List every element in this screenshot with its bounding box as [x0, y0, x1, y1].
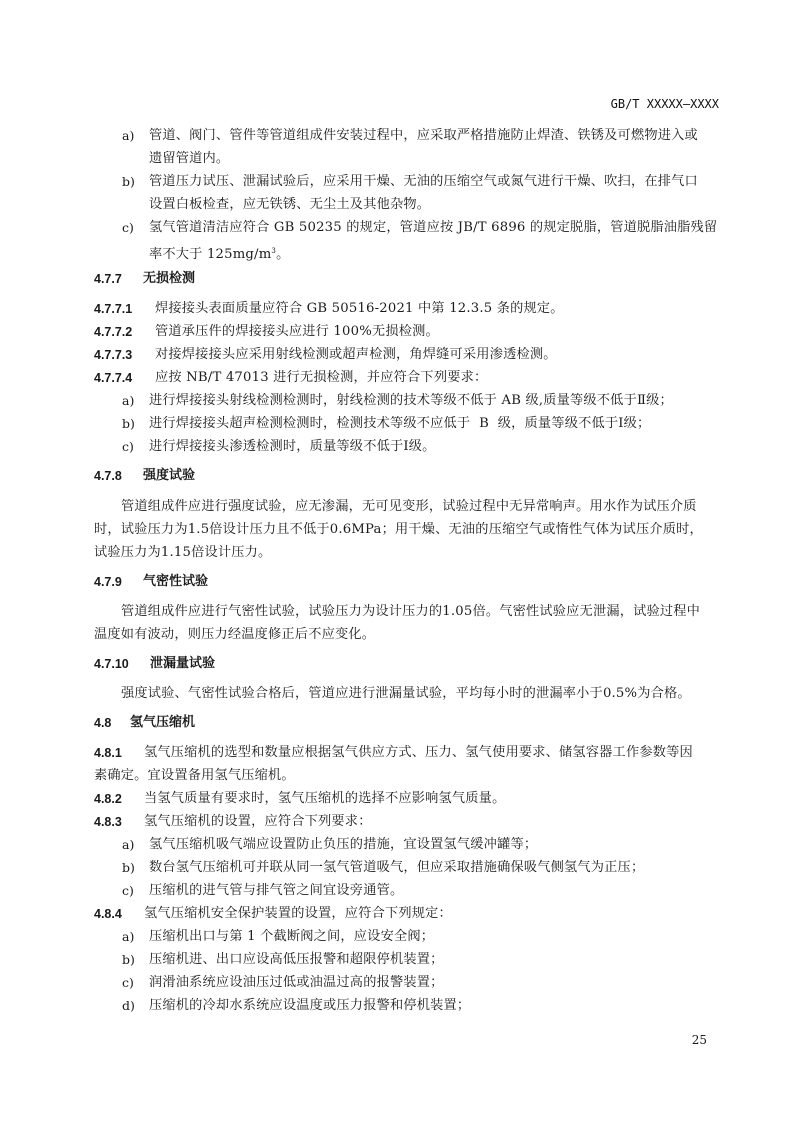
list-text: 进行焊接接头渗透检测时，质量等级不低于Ⅰ级。	[149, 439, 436, 455]
clause-4-8-4: 4.8.4 氢气压缩机安全保护装置的设置，应符合下列规定：	[94, 906, 122, 923]
list-marker: b)	[122, 416, 135, 431]
clause-text: 当氢气质量有要求时，氢气压缩机的选择不应影响氢气质量。	[144, 791, 505, 807]
list-marker: a)	[122, 837, 134, 852]
clause-text: 应按 NB/T 47013 进行无损检测，并应符合下列要求：	[155, 370, 487, 386]
list-text: 压缩机进、出口应设高低压报警和超限停机装置；	[149, 952, 444, 968]
list-marker: a)	[122, 929, 134, 944]
clause-4-7-7-2: 4.7.7.2 管道承压件的焊接接头应进行 100%无损检测。	[94, 324, 132, 341]
clause-number: 4.8.1	[94, 746, 122, 760]
list-marker: c)	[122, 220, 134, 235]
clause-text: 管道承压件的焊接接头应进行 100%无损检测。	[155, 324, 439, 340]
list-item-c: c) 氢气管道清洁应符合 GB 50235 的规定，管道应按 JB/T 6896…	[122, 220, 134, 237]
clause-number: 4.7.7.1	[94, 302, 132, 316]
document-page: GB/T XXXXX—XXXX a) 管道、阀门、管件等管道组成件安装过程中，应…	[0, 0, 794, 1123]
paragraph-line: 温度如有波动，则压力经温度修正后不应变化。	[94, 627, 375, 643]
list-text: 润滑油系统应设油压过低或油温过高的报警装置；	[149, 975, 444, 991]
section-heading-4-7-7: 4.7.7 无损检测	[94, 271, 122, 288]
list-item-b: b) 压缩机进、出口应设高低压报警和超限停机装置；	[122, 952, 135, 969]
paragraph-line: 时，试验压力为1.5倍设计压力且不低于0.6MPa；用干燥、无油的压缩空气或惰性…	[94, 522, 703, 538]
section-number: 4.7.10	[94, 657, 129, 671]
list-text-cont: 设置白板检查，应无铁锈、无尘土及其他杂物。	[149, 197, 430, 213]
section-number: 4.8	[94, 716, 111, 730]
list-marker: c)	[122, 439, 134, 454]
section-title: 气密性试验	[143, 574, 208, 590]
document-code-header: GB/T XXXXX—XXXX	[611, 97, 719, 111]
list-item-b: b) 进行焊接接头超声检测检测时，检测技术等级不应低于 B 级，质量等级不低于Ⅰ…	[122, 416, 135, 433]
list-text: 管道、阀门、管件等管道组成件安装过程中，应采取严格措施防止焊渣、铁锈及可燃物进入…	[149, 128, 698, 144]
list-text: 数台氢气压缩机可并联从同一氢气管道吸气，但应采取措施确保吸气侧氢气为正压；	[149, 860, 644, 876]
paragraph-line: 管道组成件应进行强度试验，应无渗漏，无可见变形，试验过程中无异常响声。用水作为试…	[121, 499, 697, 515]
section-heading-4-7-10: 4.7.10 泄漏量试验	[94, 656, 129, 673]
clause-text: 焊接接头表面质量应符合 GB 50516-2021 中第 12.3.5 条的规定…	[155, 301, 564, 317]
list-marker: b)	[122, 952, 135, 967]
section-title: 强度试验	[143, 468, 195, 484]
section-number: 4.7.9	[94, 575, 122, 589]
list-marker: a)	[122, 393, 134, 408]
list-text-cont: 遗留管道内。	[149, 151, 229, 167]
list-text: 氢气压缩机吸气端应设置防止负压的措施，宜设置氢气缓冲罐等；	[149, 837, 537, 853]
paragraph-line: 强度试验、气密性试验合格后，管道应进行泄漏量试验，平均每小时的泄漏率小于0.5%…	[121, 686, 691, 702]
section-heading-4-7-9: 4.7.9 气密性试验	[94, 574, 122, 591]
clause-number: 4.8.3	[94, 815, 122, 829]
clause-number: 4.7.7.4	[94, 371, 132, 385]
clause-4-8-1: 4.8.1 氢气压缩机的选型和数量应根据氢气供应方式、压力、氢气使用要求、储氢容…	[94, 745, 122, 762]
text-segment: 。	[276, 247, 289, 262]
section-heading-4-8: 4.8 氢气压缩机	[94, 715, 111, 732]
section-number: 4.7.7	[94, 272, 122, 286]
section-number: 4.7.8	[94, 469, 122, 483]
paragraph-line: 管道组成件应进行气密性试验，试验压力为设计压力的1.05倍。气密性试验应无泄漏，…	[121, 604, 700, 620]
clause-4-7-7-3: 4.7.7.3 对接焊接接头应采用射线检测或超声检测，角焊缝可采用渗透检测。	[94, 347, 132, 364]
clause-text-cont: 素确定。宜设置备用氢气压缩机。	[94, 768, 295, 784]
list-item-a: a) 压缩机出口与第 1 个截断阀之间，应设安全阀；	[122, 929, 134, 946]
paragraph-line: 试验压力为1.15倍设计压力。	[94, 545, 271, 561]
clause-4-8-2: 4.8.2 当氢气质量有要求时，氢气压缩机的选择不应影响氢气质量。	[94, 791, 122, 808]
section-title: 氢气压缩机	[130, 715, 195, 731]
list-marker: a)	[122, 128, 134, 143]
list-text: 进行焊接接头超声检测检测时，检测技术等级不应低于 B 级，质量等级不低于Ⅰ级；	[149, 416, 650, 432]
clause-number: 4.8.4	[94, 907, 122, 921]
clause-text: 氢气压缩机的设置，应符合下列要求：	[144, 814, 372, 830]
list-text: 进行焊接接头射线检测检测时，射线检测的技术等级不低于 AB 级,质量等级不低于Ⅱ…	[149, 393, 673, 409]
list-marker: b)	[122, 860, 135, 875]
list-text: 压缩机出口与第 1 个截断阀之间，应设安全阀；	[149, 929, 434, 945]
list-item-d: d) 压缩机的冷却水系统应设温度或压力报警和停机装置；	[122, 998, 135, 1015]
list-item-c: c) 进行焊接接头渗透检测时，质量等级不低于Ⅰ级。	[122, 439, 134, 456]
list-text: 压缩机的进气管与排气管之间宜设旁通管。	[149, 883, 403, 899]
clause-4-8-3: 4.8.3 氢气压缩机的设置，应符合下列要求：	[94, 814, 122, 831]
list-item-b: b) 管道压力试压、泄漏试验后，应采用干燥、无油的压缩空气或氮气进行干燥、吹扫，…	[122, 174, 135, 191]
list-text: 管道压力试压、泄漏试验后，应采用干燥、无油的压缩空气或氮气进行干燥、吹扫，在排气…	[149, 174, 698, 190]
list-item-a: a) 管道、阀门、管件等管道组成件安装过程中，应采取严格措施防止焊渣、铁锈及可燃…	[122, 128, 134, 145]
page-number: 25	[692, 1033, 707, 1047]
section-title: 泄漏量试验	[150, 656, 215, 672]
clause-text: 氢气压缩机的选型和数量应根据氢气供应方式、压力、氢气使用要求、储氢容器工作参数等…	[144, 745, 693, 761]
text-segment: 率不大于 125mg/m	[149, 247, 271, 262]
clause-4-7-7-1: 4.7.7.1 焊接接头表面质量应符合 GB 50516-2021 中第 12.…	[94, 301, 132, 318]
clause-4-7-7-4: 4.7.7.4 应按 NB/T 47013 进行无损检测，并应符合下列要求：	[94, 370, 132, 387]
list-item-b: b) 数台氢气压缩机可并联从同一氢气管道吸气，但应采取措施确保吸气侧氢气为正压；	[122, 860, 135, 877]
list-marker: b)	[122, 174, 135, 189]
clause-text: 氢气压缩机安全保护装置的设置，应符合下列规定：	[144, 906, 452, 922]
list-text: 氢气管道清洁应符合 GB 50235 的规定，管道应按 JB/T 6896 的规…	[149, 220, 717, 236]
list-item-c: c) 压缩机的进气管与排气管之间宜设旁通管。	[122, 883, 134, 900]
list-item-a: a) 进行焊接接头射线检测检测时，射线检测的技术等级不低于 AB 级,质量等级不…	[122, 393, 134, 410]
list-marker: c)	[122, 883, 134, 898]
list-marker: d)	[122, 998, 135, 1013]
list-item-c: c) 润滑油系统应设油压过低或油温过高的报警装置；	[122, 975, 134, 992]
clause-number: 4.8.2	[94, 792, 122, 806]
list-item-a: a) 氢气压缩机吸气端应设置防止负压的措施，宜设置氢气缓冲罐等；	[122, 837, 134, 854]
list-text-cont: 率不大于 125mg/m3。	[149, 243, 289, 263]
clause-number: 4.7.7.2	[94, 325, 132, 339]
list-text: 压缩机的冷却水系统应设温度或压力报警和停机装置；	[149, 998, 470, 1014]
section-title: 无损检测	[143, 271, 195, 287]
section-heading-4-7-8: 4.7.8 强度试验	[94, 468, 122, 485]
clause-number: 4.7.7.3	[94, 348, 132, 362]
clause-text: 对接焊接接头应采用射线检测或超声检测，角焊缝可采用渗透检测。	[155, 347, 557, 363]
list-marker: c)	[122, 975, 134, 990]
